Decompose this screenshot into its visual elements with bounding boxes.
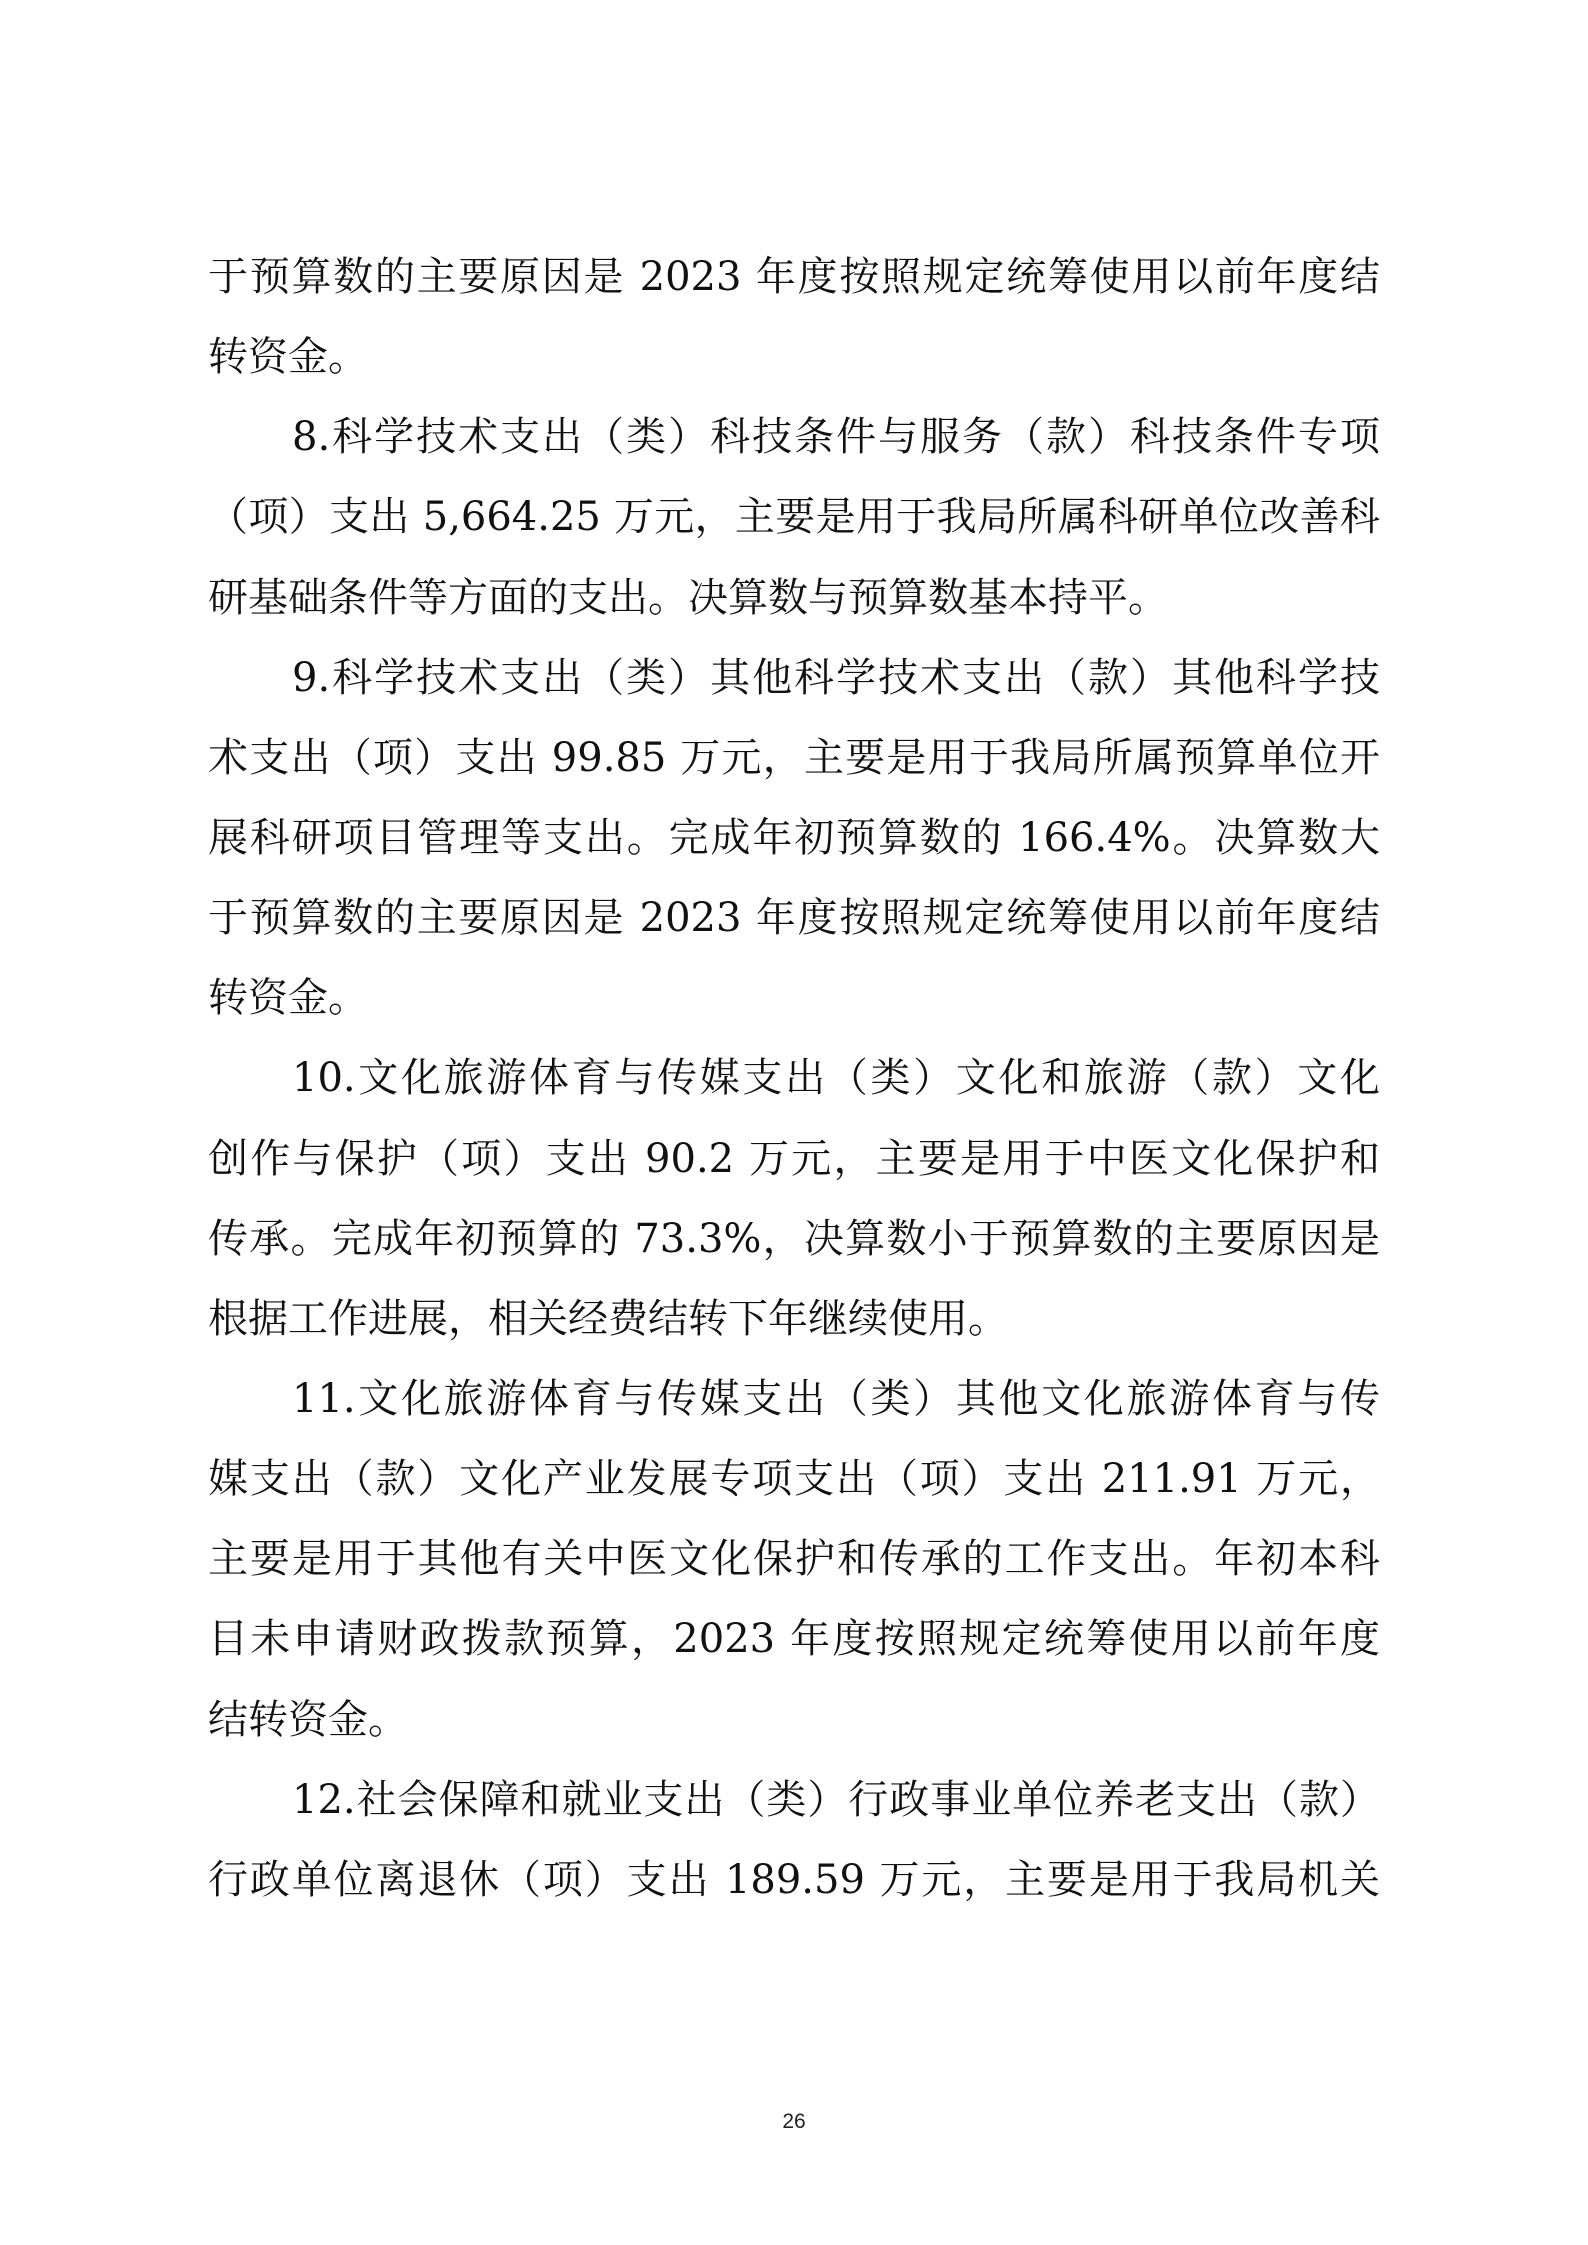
paragraph-8-start: 8.科学技术支出（类）科技条件与服务（款）科技条件专项 (208, 397, 1380, 477)
text-line-4: （项）支出 5,664.25 万元，主要是用于我局所属科研单位改善科 (208, 477, 1380, 557)
text-line-7: 术支出（项）支出 99.85 万元，主要是用于我局所属预算单位开 (208, 718, 1380, 798)
text-line-21: 行政单位离退休（项）支出 189.59 万元，主要是用于我局机关 (208, 1840, 1380, 1920)
text-line-14: 根据工作进展，相关经费结转下年继续使用。 (208, 1279, 1380, 1359)
text-line-16: 媒支出（款）文化产业发展专项支出（项）支出 211.91 万元， (208, 1439, 1380, 1519)
text-line-17: 主要是用于其他有关中医文化保护和传承的工作支出。年初本科 (208, 1519, 1380, 1599)
text-line-8: 展科研项目管理等支出。完成年初预算数的 166.4%。决算数大 (208, 798, 1380, 878)
text-line-1: 于预算数的主要原因是 2023 年度按照规定统筹使用以前年度结 (208, 237, 1380, 317)
text-line-5: 研基础条件等方面的支出。决算数与预算数基本持平。 (208, 558, 1380, 638)
body-text: 于预算数的主要原因是 2023 年度按照规定统筹使用以前年度结 转资金。 8.科… (208, 237, 1380, 1920)
text-line-13: 传承。完成年初预算的 73.3%，决算数小于预算数的主要原因是 (208, 1199, 1380, 1279)
paragraph-11-start: 11.文化旅游体育与传媒支出（类）其他文化旅游体育与传 (208, 1359, 1380, 1439)
page-number: 26 (0, 2110, 1588, 2134)
paragraph-12-start: 12.社会保障和就业支出（类）行政事业单位养老支出（款） (208, 1760, 1380, 1840)
paragraph-10-start: 10.文化旅游体育与传媒支出（类）文化和旅游（款）文化 (208, 1038, 1380, 1118)
text-line-9: 于预算数的主要原因是 2023 年度按照规定统筹使用以前年度结 (208, 878, 1380, 958)
text-line-10: 转资金。 (208, 958, 1380, 1038)
text-line-18: 目未申请财政拨款预算，2023 年度按照规定统筹使用以前年度 (208, 1599, 1380, 1679)
paragraph-9-start: 9.科学技术支出（类）其他科学技术支出（款）其他科学技 (208, 638, 1380, 718)
document-page: 于预算数的主要原因是 2023 年度按照规定统筹使用以前年度结 转资金。 8.科… (0, 0, 1588, 2245)
text-line-19: 结转资金。 (208, 1680, 1380, 1760)
text-line-2: 转资金。 (208, 317, 1380, 397)
text-line-12: 创作与保护（项）支出 90.2 万元，主要是用于中医文化保护和 (208, 1119, 1380, 1199)
